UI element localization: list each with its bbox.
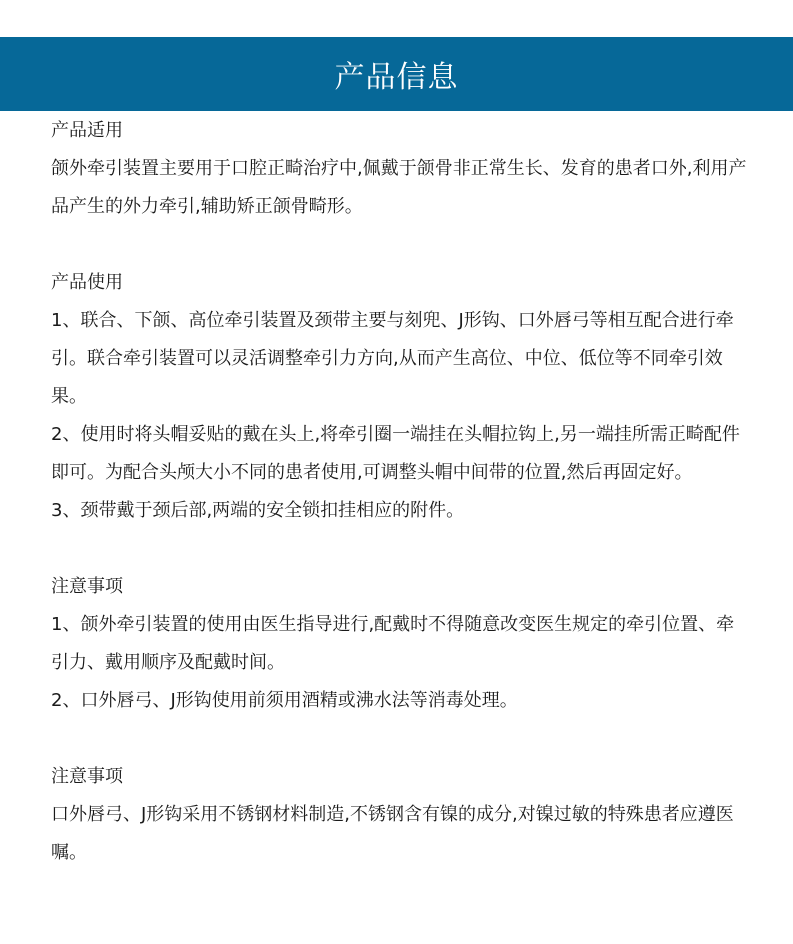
section-heading: 产品适用 [51, 112, 751, 150]
section-precautions-nickel: 注意事项 口外唇弓、J形钩采用不锈钢材料制造,不锈钢含有镍的成分,对镍过敏的特殊… [51, 758, 751, 872]
section-heading: 注意事项 [51, 568, 751, 606]
section-precautions: 注意事项 1、颌外牵引装置的使用由医生指导进行,配戴时不得随意改变医生规定的牵引… [51, 568, 751, 720]
page-banner: 产品信息 [0, 37, 793, 111]
section-paragraph: 口外唇弓、J形钩采用不锈钢材料制造,不锈钢含有镍的成分,对镍过敏的特殊患者应遵医… [51, 796, 751, 872]
section-paragraph: 颌外牵引装置主要用于口腔正畸治疗中,佩戴于颌骨非正常生长、发育的患者口外,利用产… [51, 150, 751, 226]
page-title: 产品信息 [335, 52, 459, 96]
product-info-content: 产品适用 颌外牵引装置主要用于口腔正畸治疗中,佩戴于颌骨非正常生长、发育的患者口… [51, 112, 751, 872]
section-product-application: 产品适用 颌外牵引装置主要用于口腔正畸治疗中,佩戴于颌骨非正常生长、发育的患者口… [51, 112, 751, 226]
section-heading: 注意事项 [51, 758, 751, 796]
section-paragraph: 2、使用时将头帽妥贴的戴在头上,将牵引圈一端挂在头帽拉钩上,另一端挂所需正畸配件… [51, 416, 751, 492]
section-heading: 产品使用 [51, 264, 751, 302]
section-paragraph: 3、颈带戴于颈后部,两端的安全锁扣挂相应的附件。 [51, 492, 751, 530]
section-paragraph: 2、口外唇弓、J形钩使用前须用酒精或沸水法等消毒处理。 [51, 682, 751, 720]
section-product-usage: 产品使用 1、联合、下颌、高位牵引装置及颈带主要与刻兜、J形钩、口外唇弓等相互配… [51, 264, 751, 530]
section-paragraph: 1、颌外牵引装置的使用由医生指导进行,配戴时不得随意改变医生规定的牵引位置、牵引… [51, 606, 751, 682]
section-paragraph: 1、联合、下颌、高位牵引装置及颈带主要与刻兜、J形钩、口外唇弓等相互配合进行牵引… [51, 302, 751, 416]
